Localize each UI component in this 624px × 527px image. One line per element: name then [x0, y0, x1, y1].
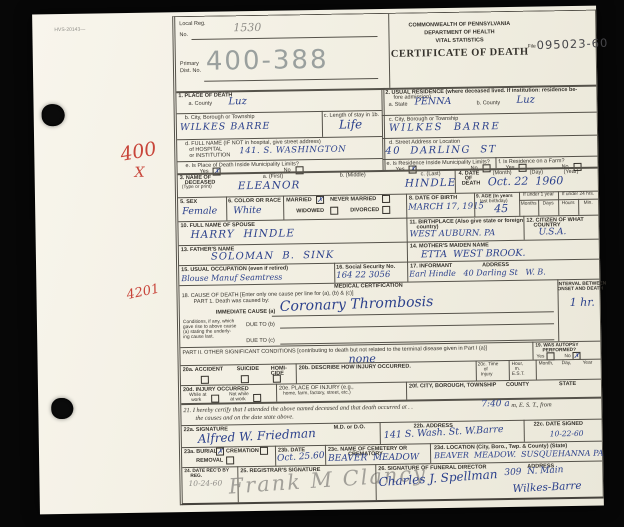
- certify-statement-line2: the causes and on the date state above.: [195, 413, 293, 422]
- est-label: E.S.T.: [512, 372, 525, 378]
- hours-label: Hours: [559, 201, 577, 207]
- year-col-label: Year: [583, 361, 593, 367]
- place-of-injury-label2: home, farm, factory, street, etc.): [283, 391, 351, 398]
- res-city-value: WILKES BARRE: [389, 122, 501, 134]
- local-reg-label: Local Reg.: [179, 21, 205, 28]
- form-code: HVS-20143—: [54, 28, 85, 34]
- under-1-year-label: If under 1 year: [519, 192, 558, 198]
- rule: [536, 360, 537, 380]
- min-label: Min.: [579, 201, 597, 207]
- res-county-label: b. County: [477, 100, 501, 107]
- first-name-value: ELEANOR: [238, 180, 301, 191]
- accident-label: 20a. ACCIDENT: [183, 367, 224, 374]
- divorced-label: DIVORCED: [350, 207, 379, 214]
- hospital-name-label3: or INSTITUTION: [189, 152, 230, 159]
- informant-value: Earl Hindle 40 Darling St W. B.: [409, 268, 546, 278]
- day-col-label: Day,: [562, 361, 572, 367]
- margin-note-4201: 4201: [125, 282, 160, 304]
- date-of-birth-value: MARCH 17, 1915: [408, 202, 484, 212]
- removal-label: REMOVAL: [196, 458, 223, 465]
- rule: [380, 422, 381, 444]
- physician-address-value: 141 S. Wash. St. W.Barre: [384, 425, 504, 441]
- punch-hole-bottom: [51, 398, 73, 419]
- conditions-label4: ing cause last.: [183, 335, 214, 341]
- rule: [204, 78, 378, 82]
- married-label: MARRIED: [286, 197, 312, 204]
- rule: [524, 420, 525, 442]
- ssn-value: 164 22 3056: [336, 271, 390, 280]
- district-number-stamp: 400-388: [206, 45, 329, 77]
- time-of-injury-label3: Injury: [481, 372, 493, 378]
- never-married-checkbox: [382, 195, 390, 203]
- rule: [455, 169, 456, 193]
- cremation-label: CREMATION: [226, 448, 259, 455]
- days-label: Days: [539, 201, 557, 207]
- months-label: Months: [519, 202, 538, 208]
- widowed-label: WIDOWED: [296, 208, 324, 215]
- date-of-death-value: Oct. 22 1960: [488, 175, 564, 187]
- rule: [283, 196, 284, 220]
- mother-name-value: ETTA WEST BROOK.: [421, 249, 526, 260]
- rule: [430, 443, 431, 463]
- rule: [509, 360, 510, 380]
- time-of-injury-label1: 20c. Time: [478, 362, 499, 368]
- suicide-label: SUICIDE: [237, 366, 259, 373]
- rule: [276, 384, 277, 402]
- county-value: Luz: [228, 97, 247, 107]
- certify-time-value: 7:40 a: [481, 400, 510, 409]
- rule: [296, 363, 297, 383]
- place-of-death-title: 1. PLACE OF DEATH: [178, 92, 232, 99]
- vital-statistics-line: VITAL STATISTICS: [392, 37, 528, 46]
- primary-label: Primary: [180, 61, 199, 68]
- rule: [407, 242, 408, 262]
- year-label: (Year): [564, 169, 579, 176]
- no-label: No.: [179, 32, 188, 39]
- removal-checkbox: [226, 456, 234, 464]
- type-or-print-label: (Type or print): [182, 185, 212, 191]
- part1-label: PART 1. Death was caused by:: [194, 298, 270, 306]
- date-recd-value: 10-24-60: [188, 480, 222, 488]
- month-col-label: Month,: [539, 361, 554, 367]
- city-borough-value: WILKES BARRE: [180, 122, 271, 133]
- citizen-value: U.S.A.: [539, 228, 567, 237]
- suicide-checkbox: [241, 375, 249, 383]
- state-value: PENNA: [414, 97, 451, 107]
- hospital-name-value: 141. S. WASHINGTON: [239, 146, 346, 156]
- county-label: a. County: [188, 101, 212, 108]
- divorced-checkbox: [382, 206, 390, 214]
- rule: [280, 323, 554, 328]
- occupation-value: Blouse Manuf Seamtress: [181, 274, 282, 284]
- interval-label2: ONSET AND DEATH: [557, 287, 599, 293]
- funeral-address-line1: 309 N. Main: [504, 466, 564, 478]
- certify-statement-line1b: m, E. S. T., from: [511, 401, 552, 409]
- while-at-work-checkbox: [211, 395, 219, 403]
- rule: [406, 382, 407, 400]
- dist-no-label: Dist. No.: [180, 68, 201, 75]
- state-col-label: STATE: [559, 381, 576, 388]
- burial-checkbox: ✗: [216, 448, 224, 456]
- describe-injury-label: 20b. DESCRIBE HOW INJURY OCCURRED.: [299, 364, 411, 372]
- length-of-stay-value: Life: [339, 118, 363, 130]
- widowed-checkbox: [330, 207, 338, 215]
- rule: [406, 218, 407, 242]
- accident-checkbox: [201, 376, 209, 384]
- margin-note-400: 400: [119, 138, 159, 166]
- file-label: File: [528, 45, 536, 51]
- last-name-value: HINDLE: [405, 178, 457, 189]
- rule: [532, 342, 533, 360]
- middle-name-label: b. (Middle): [340, 172, 366, 179]
- rule: [383, 88, 385, 170]
- location-value: BEAVER MEADOW. SUSQUEHANNA PA: [434, 450, 604, 461]
- res-county-value: Luz: [516, 96, 535, 106]
- certificate-paper: HVS-20143— 400 X 4201 Local Reg. No. 153…: [32, 6, 604, 515]
- street-address-value: 40 DARLING ST: [385, 145, 497, 157]
- cremation-checkbox: [260, 447, 268, 455]
- age-value: 45: [494, 203, 508, 214]
- funeral-address-line2: Wilkes-Barre: [512, 481, 582, 495]
- immediate-cause-value: Coronary Thrombosis: [280, 295, 434, 314]
- rule: [382, 135, 597, 139]
- county-col-label: COUNTY: [506, 382, 529, 389]
- married-checkbox: ✗: [316, 196, 324, 204]
- color-race-label: 6. COLOR OR RACE: [228, 198, 281, 205]
- certificate-title: CERTIFICATE OF DEATH: [382, 47, 538, 62]
- rule: [495, 157, 496, 168]
- date-of-death-label3: DEATH: [462, 180, 481, 187]
- rule: [406, 194, 407, 218]
- father-name-value: SOLOMAN B. SINK: [211, 251, 335, 263]
- punch-hole-top: [42, 104, 65, 126]
- rule: [523, 216, 524, 240]
- rule: [407, 262, 408, 282]
- state-label: a. State: [389, 102, 408, 109]
- burial-label: 23a. BURIAL: [184, 449, 217, 456]
- rule: [325, 445, 326, 465]
- sex-label: 5. SEX: [180, 199, 197, 206]
- under-24-hrs-label: If under 24 hrs.: [558, 192, 598, 198]
- color-race-value: White: [233, 206, 262, 216]
- sex-value: Female: [182, 207, 217, 217]
- rule: [192, 36, 378, 40]
- certify-statement-line1: 21. I hereby certify that I attended the…: [183, 404, 413, 415]
- due-to-b-label: DUE TO (b): [246, 322, 275, 329]
- file-number-stamp: 095023-60: [536, 36, 608, 52]
- md-do-label: M.D. or D.O.: [334, 424, 366, 431]
- spouse-value: HARRY HINDLE: [191, 228, 296, 240]
- burial-date-value: Oct. 25.60: [277, 452, 325, 464]
- certificate-form: Local Reg. No. 1530 Primary Dist. No. 40…: [172, 10, 604, 506]
- date-signed-value: 10-22-60: [550, 430, 584, 438]
- margin-note-x: X: [134, 165, 144, 181]
- immediate-cause-label: IMMEDIATE CAUSE (a): [216, 309, 276, 316]
- rule: [382, 112, 597, 116]
- homicide-checkbox: [273, 375, 281, 383]
- local-reg-number: 1530: [233, 22, 261, 33]
- interval-value: 1 hr.: [570, 297, 595, 308]
- date-signed-label: 22c. DATE SIGNED: [534, 421, 584, 428]
- never-married-label: NEVER MARRIED: [330, 196, 376, 203]
- city-borough-township-label: 20f. CITY, BOROUGH, TOWNSHIP: [409, 382, 496, 390]
- birthplace-value: WEST AUBURN. PA: [410, 229, 496, 239]
- not-while-checkbox: [253, 394, 261, 402]
- due-to-c-label: DUE TO (c): [246, 338, 275, 345]
